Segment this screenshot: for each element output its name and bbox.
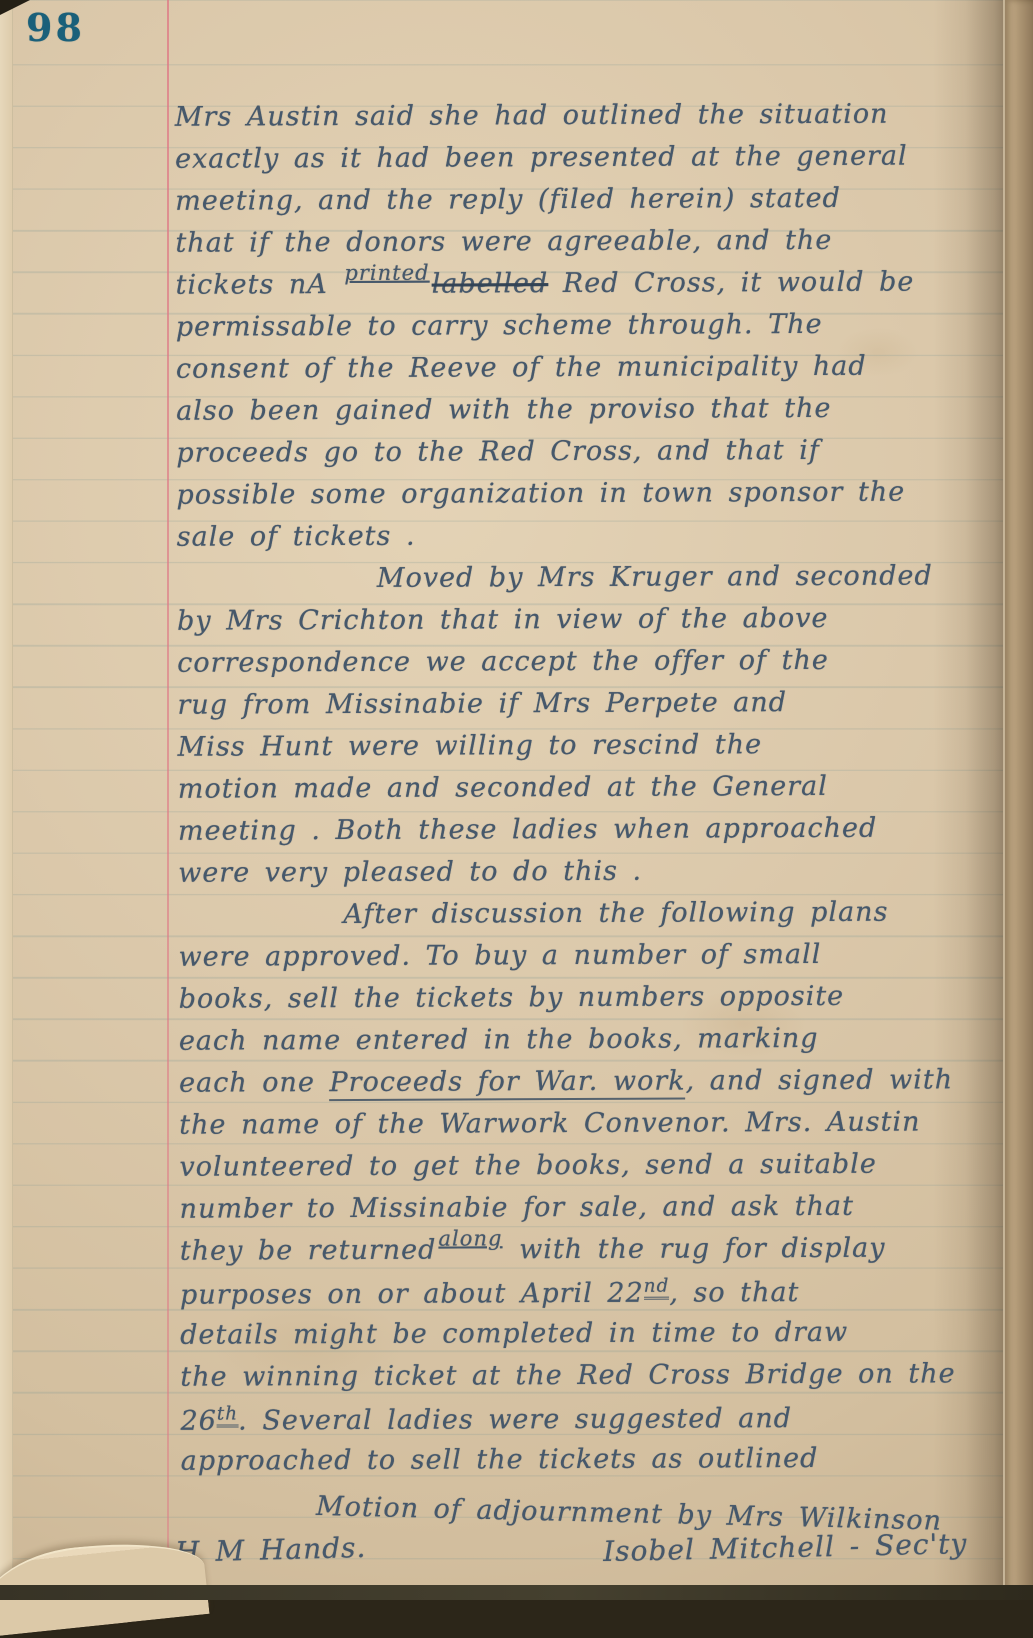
manuscript-segment: permissable to carry scheme through. The — [176, 309, 823, 343]
manuscript-segment: books, sell the tickets by numbers oppos… — [179, 981, 845, 1015]
manuscript-text-block: Mrs Austin said she had outlined the sit… — [175, 98, 971, 1566]
manuscript-line: volunteered to get the books, send a sui… — [179, 1148, 969, 1193]
manuscript-segment: details might be completed in time to dr… — [180, 1317, 848, 1351]
page-number: 98 — [26, 5, 85, 50]
ledger-page: 98 Mrs Austin said she had outlined the … — [0, 0, 1033, 1600]
manuscript-segment: motion made and seconded at the General — [178, 771, 828, 805]
manuscript-segment: purposes on or about April 22 — [180, 1278, 644, 1311]
manuscript-segment: possible some organization in town spons… — [176, 477, 905, 511]
manuscript-line: Moved by Mrs Kruger and seconded — [177, 560, 967, 605]
manuscript-segment: the winning ticket at the Red Cross Brid… — [180, 1358, 955, 1392]
manuscript-segment: each name entered in the books, marking — [179, 1023, 819, 1057]
manuscript-segment-ul: Proceeds for War. work — [329, 1066, 685, 1102]
manuscript-segment: number to Missinabie for sale, and ask t… — [180, 1191, 854, 1225]
manuscript-line: number to Missinabie for sale, and ask t… — [180, 1190, 970, 1235]
manuscript-segment: Red Cross, it would be — [548, 267, 914, 300]
page-left-edge — [0, 0, 13, 1600]
manuscript-segment: they be returned — [180, 1235, 437, 1267]
manuscript-segment: rug from Missinabie if Mrs Perpete and — [177, 687, 787, 721]
manuscript-line: the name of the Warwork Convenor. Mrs. A… — [179, 1106, 969, 1151]
manuscript-line: consent of the Reeve of the municipality… — [176, 350, 966, 395]
manuscript-segment: Moved by Mrs Kruger and seconded — [377, 560, 933, 593]
manuscript-segment-strike: labelled — [432, 268, 549, 300]
manuscript-lines: Mrs Austin said she had outlined the sit… — [175, 98, 971, 1529]
manuscript-line: 26th. Several ladies were suggested and — [180, 1400, 970, 1445]
manuscript-line: the winning ticket at the Red Cross Brid… — [180, 1358, 970, 1403]
manuscript-line: meeting, and the reply (filed herein) st… — [175, 182, 965, 227]
manuscript-line: After discussion the following plans — [178, 896, 968, 941]
manuscript-line: meeting . Both these ladies when approac… — [178, 812, 968, 857]
manuscript-segment: correspondence we accept the offer of th… — [177, 645, 829, 679]
manuscript-segment-ins: printed — [344, 260, 429, 285]
manuscript-segment: were approved. To buy a number of small — [178, 939, 821, 973]
manuscript-line: correspondence we accept the offer of th… — [177, 644, 967, 689]
manuscript-segment: meeting, and the reply (filed herein) st… — [175, 183, 841, 217]
manuscript-line: that if the donors were agreeable, and t… — [175, 224, 965, 269]
manuscript-segment: After discussion the following plans — [343, 897, 888, 930]
manuscript-segment: were very pleased to do this . — [178, 856, 642, 889]
manuscript-line: tickets nA printedlabelled Red Cross, it… — [176, 266, 966, 311]
manuscript-line: possible some organization in town spons… — [176, 476, 966, 521]
manuscript-line: each name entered in the books, marking — [179, 1022, 969, 1067]
margin-line — [167, 0, 169, 1585]
manuscript-line: sale of tickets . — [177, 518, 967, 563]
manuscript-line: Mrs Austin said she had outlined the sit… — [175, 98, 965, 143]
manuscript-segment: tickets nA — [176, 269, 343, 301]
manuscript-segment: volunteered to get the books, send a sui… — [179, 1149, 876, 1183]
manuscript-line: also been gained with the proviso that t… — [176, 392, 966, 437]
next-page-edge — [1003, 0, 1033, 1600]
manuscript-segment: by Mrs Crichton that in view of the abov… — [177, 603, 828, 637]
manuscript-segment: also been gained with the proviso that t… — [176, 393, 831, 427]
manuscript-line: purposes on or about April 22nd, so that — [180, 1274, 970, 1319]
manuscript-line: exactly as it had been presented at the … — [175, 140, 965, 185]
manuscript-line: permissable to carry scheme through. The — [176, 308, 966, 353]
manuscript-line: by Mrs Crichton that in view of the abov… — [177, 602, 967, 647]
manuscript-segment: meeting . Both these ladies when approac… — [178, 813, 877, 847]
manuscript-line: details might be completed in time to dr… — [180, 1316, 970, 1361]
manuscript-line: approached to sell the tickets as outlin… — [181, 1442, 971, 1487]
manuscript-line: each one Proceeds for War. work, and sig… — [179, 1064, 969, 1109]
manuscript-segment: , so that — [669, 1277, 799, 1309]
signature-right: Isobel Mitchell - Sec'ty — [603, 1527, 968, 1568]
manuscript-segment: Mrs Austin said she had outlined the sit… — [175, 99, 889, 133]
manuscript-segment: Miss Hunt were willing to rescind the — [178, 729, 763, 763]
manuscript-line: proceeds go to the Red Cross, and that i… — [176, 434, 966, 479]
manuscript-segment: approached to sell the tickets as outlin… — [181, 1443, 819, 1477]
manuscript-segment: , and signed with — [686, 1064, 954, 1096]
manuscript-segment: proceeds go to the Red Cross, and that i… — [176, 435, 820, 469]
manuscript-segment: each one — [179, 1067, 330, 1099]
manuscript-segment: . Several ladies were suggested and — [238, 1403, 792, 1436]
manuscript-line: were very pleased to do this . — [178, 854, 968, 899]
manuscript-segment: exactly as it had been presented at the … — [175, 141, 908, 175]
manuscript-segment: sale of tickets . — [177, 521, 416, 553]
manuscript-line: books, sell the tickets by numbers oppos… — [179, 980, 969, 1025]
manuscript-segment-ins: along — [438, 1225, 502, 1250]
book-bottom-edge — [0, 1585, 1033, 1600]
manuscript-line: rug from Missinabie if Mrs Perpete and — [177, 686, 967, 731]
manuscript-line: they be returnedalong with the rug for d… — [180, 1232, 970, 1277]
manuscript-segment-supul: nd — [644, 1276, 670, 1300]
manuscript-line: Miss Hunt were willing to rescind the — [178, 728, 968, 773]
manuscript-segment-supul: th — [217, 1403, 238, 1427]
manuscript-segment: consent of the Reeve of the municipality… — [176, 351, 867, 385]
manuscript-line: motion made and seconded at the General — [178, 770, 968, 815]
manuscript-segment: 26 — [180, 1406, 216, 1437]
manuscript-segment: that if the donors were agreeable, and t… — [175, 225, 832, 259]
manuscript-segment: the name of the Warwork Convenor. Mrs. A… — [179, 1106, 920, 1140]
manuscript-line: were approved. To buy a number of small — [178, 938, 968, 983]
manuscript-segment: with the rug for display — [505, 1233, 886, 1266]
